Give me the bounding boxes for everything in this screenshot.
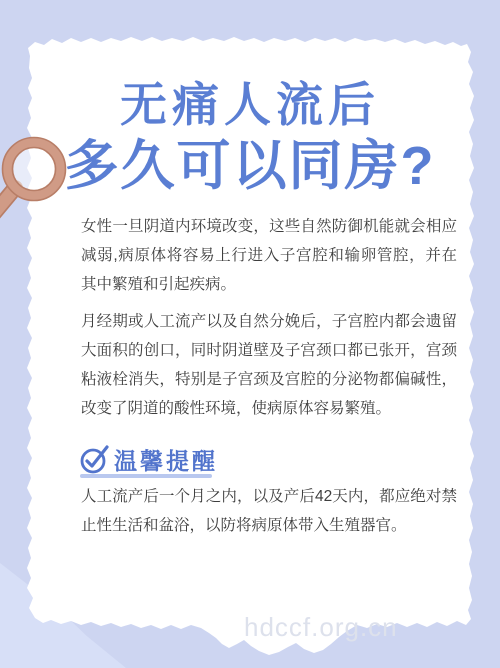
paragraph-2: 月经期或人工流产以及自然分娩后，子宫腔内都会遗留大面积的创口，同时阴道壁及子宫颈… [81, 307, 457, 423]
check-circle-icon [80, 443, 110, 475]
watermark: hdccf.org.cn [244, 612, 398, 643]
magnifier-icon [0, 128, 100, 238]
body-paragraphs: 女性一旦阴道内环境改变，这些自然防御机能就会相应减弱,病原体将容易上行进入子宫腔… [81, 212, 457, 431]
title-line-1: 无痛人流后 [30, 76, 470, 134]
reminder-header: 温馨提醒 [80, 438, 280, 480]
reminder-underline [80, 474, 212, 478]
reminder-label: 温馨提醒 [114, 443, 218, 476]
health-poster: 无痛人流后 多久可以同房? 女性一旦阴道内环境改变，这些自然防御机能就会相应减弱… [0, 0, 500, 668]
paragraph-1: 女性一旦阴道内环境改变，这些自然防御机能就会相应减弱,病原体将容易上行进入子宫腔… [81, 212, 457, 299]
reminder-text: 人工流产后一个月之内，以及产后42天内，都应绝对禁止性生活和盆浴，以防将病原体带… [81, 482, 457, 540]
